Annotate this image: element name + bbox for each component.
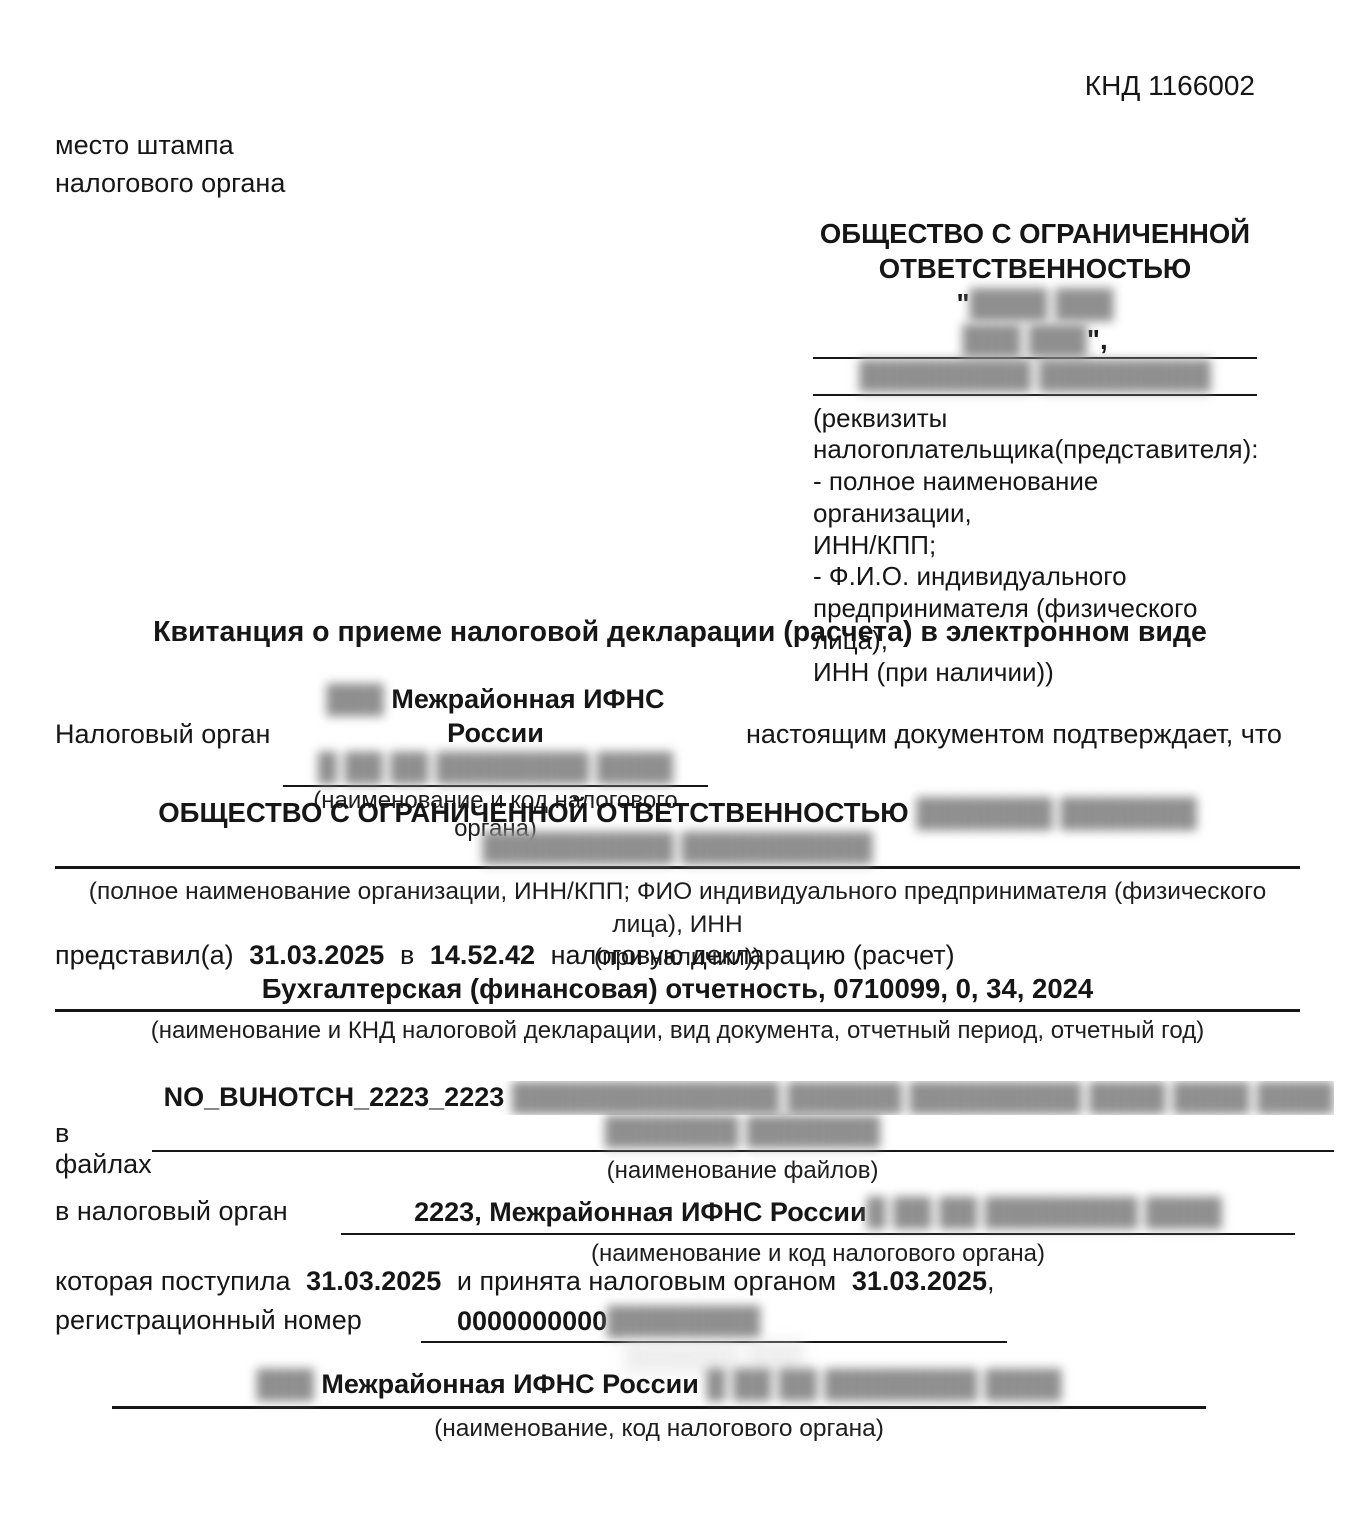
submission-line: представил(а) 31.03.2025 в 14.52.42 нало… (55, 940, 955, 971)
target-authority-rest-redacted: █ ██ ██ ████████ ████ (867, 1197, 1222, 1227)
tax-authority-detail-line: █ ██ ██ ████████ ████ (283, 751, 708, 787)
declaration-value: Бухгалтерская (финансовая) отчетность, 0… (55, 973, 1300, 1012)
organization-inn-redacted: ██████████ ██████████ (482, 832, 872, 862)
receipt-date-accepted: 31.03.2025 (852, 1266, 987, 1297)
registration-shadow: ██████ ███ (421, 1343, 1007, 1369)
files-line2-redacted: ███████ ███████ (605, 1116, 880, 1146)
files-label: в файлах (55, 1081, 152, 1180)
taxpayer-inn-redacted: █████████ █████████ (859, 360, 1211, 390)
target-authority-label: в налоговый орган (55, 1196, 341, 1227)
taxpayer-name-line-1: ОБЩЕСТВО С ОГРАНИЧЕННОЙ (813, 216, 1257, 251)
receipt-prefix: которая поступила (55, 1266, 291, 1297)
taxpayer-inn-line: █████████ █████████ (813, 359, 1257, 396)
caption-line: (полное наименование организации, ИНН/КП… (55, 875, 1300, 941)
submission-date: 31.03.2025 (249, 940, 384, 971)
files-field: NO_BUHOTCH_2223_2223 ██████████████ ████… (152, 1081, 1334, 1185)
stamp-place: место штампа налогового органа (55, 126, 285, 203)
declaration-caption: (наименование и КНД налоговой декларации… (55, 1017, 1300, 1045)
registration-value: 0000000000 (457, 1306, 607, 1336)
caption-line: - Ф.И.О. индивидуального (813, 561, 1257, 593)
registration-field: 0000000000████████ ██████ ███ (421, 1305, 1007, 1369)
files-rest-redacted: ██████████████ ██████ █████████ ████ ███… (512, 1082, 1334, 1112)
receipt-date-received: 31.03.2025 (306, 1266, 441, 1297)
taxpayer-name-suffix: ", (1087, 324, 1108, 355)
footer-authority-section: ███ Межрайонная ИФНС России █ ██ ██ ████… (112, 1368, 1206, 1443)
receipt-suffix: , (987, 1266, 995, 1297)
tax-authority-name-line: ███ Межрайонная ИФНС России (283, 683, 708, 751)
document-title: Квитанция о приеме налоговой декларации … (0, 616, 1360, 649)
taxpayer-name-line-3: ███ ███", (813, 322, 1257, 357)
stamp-line-2: налогового органа (55, 164, 285, 202)
submission-suffix: налоговую декларацию (расчет) (551, 940, 955, 971)
document-page: КНД 1166002 место штампа налогового орга… (0, 0, 1360, 1513)
target-authority-value-line: 2223, Межрайонная ИФНС России█ ██ ██ ███… (341, 1196, 1295, 1235)
files-value-line: NO_BUHOTCH_2223_2223 ██████████████ ████… (152, 1081, 1334, 1115)
registration-row: регистрационный номер 0000000000████████… (55, 1305, 1007, 1369)
target-authority-field: 2223, Межрайонная ИФНС России█ ██ ██ ███… (341, 1196, 1295, 1268)
registration-label: регистрационный номер (55, 1305, 421, 1336)
stamp-line-1: место штампа (55, 126, 285, 164)
organization-inn-line: ██████████ ██████████ (55, 831, 1300, 869)
registration-shadow-redacted: ██████ ███ (624, 1341, 804, 1371)
footer-prefix-redacted: ███ (256, 1369, 313, 1399)
taxpayer-name: ОБЩЕСТВО С ОГРАНИЧЕННОЙ ОТВЕТСТВЕННОСТЬЮ… (813, 216, 1257, 357)
target-authority-value: 2223, Межрайонная ИФНС России (414, 1197, 867, 1227)
organization-name-redacted: ███████ ███████ (916, 797, 1196, 828)
taxpayer-name-redacted: ████ ███ (970, 288, 1114, 319)
receipt-middle: и принята налоговым органом (457, 1266, 836, 1297)
caption-line: - полное наименование организации, (813, 466, 1257, 529)
tax-authority-name: Межрайонная ИФНС России (391, 684, 664, 748)
organization-name-line: ОБЩЕСТВО С ОГРАНИЧЕННОЙ ОТВЕТСТВЕННОСТЬЮ… (55, 795, 1300, 831)
submission-time: 14.52.42 (430, 940, 535, 971)
tax-authority-label: Налоговый орган (55, 683, 283, 750)
footer-suffix-redacted: █ ██ ██ ████████ ████ (706, 1369, 1061, 1399)
taxpayer-name-line-2: ОТВЕТСТВЕННОСТЬЮ "████ ███ (813, 251, 1257, 321)
footer-authority-line: ███ Межрайонная ИФНС России █ ██ ██ ████… (112, 1368, 1206, 1409)
submission-prefix: представил(а) (55, 940, 234, 971)
declaration-section: Бухгалтерская (финансовая) отчетность, 0… (55, 973, 1300, 1045)
target-authority-caption: (наименование и код налогового органа) (341, 1240, 1295, 1268)
tax-authority-code-redacted: ███ (326, 684, 383, 714)
organization-name: ОБЩЕСТВО С ОГРАНИЧЕННОЙ ОТВЕТСТВЕННОСТЬЮ (158, 797, 908, 828)
knd-number: КНД 1166002 (1085, 70, 1255, 102)
footer-authority-name: Межрайонная ИФНС России (321, 1369, 698, 1399)
footer-authority-caption: (наименование, код налогового органа) (112, 1415, 1206, 1443)
files-row: в файлах NO_BUHOTCH_2223_2223 ██████████… (55, 1081, 1300, 1185)
submission-in: в (400, 940, 414, 971)
caption-line: налогоплательщика(представителя): (813, 434, 1257, 466)
caption-line: ИНН/КПП; (813, 530, 1257, 562)
files-line2: ███████ ███████ (152, 1115, 1334, 1152)
files-value: NO_BUHOTCH_2223_2223 (164, 1082, 505, 1112)
confirmation-text: настоящим документом подтверждает, что (708, 683, 1300, 750)
files-caption: (наименование файлов) (152, 1157, 1334, 1185)
registration-rest-redacted: ████████ (607, 1306, 760, 1336)
receipt-line: которая поступила 31.03.2025 и принята н… (55, 1266, 994, 1297)
caption-line: (реквизиты (813, 403, 1257, 435)
target-authority-row: в налоговый орган 2223, Межрайонная ИФНС… (55, 1196, 1295, 1268)
tax-authority-detail-redacted: █ ██ ██ ████████ ████ (318, 752, 673, 782)
taxpayer-name-redacted-2: ███ ███ (962, 324, 1087, 355)
registration-value-line: 0000000000████████ (421, 1305, 1007, 1343)
